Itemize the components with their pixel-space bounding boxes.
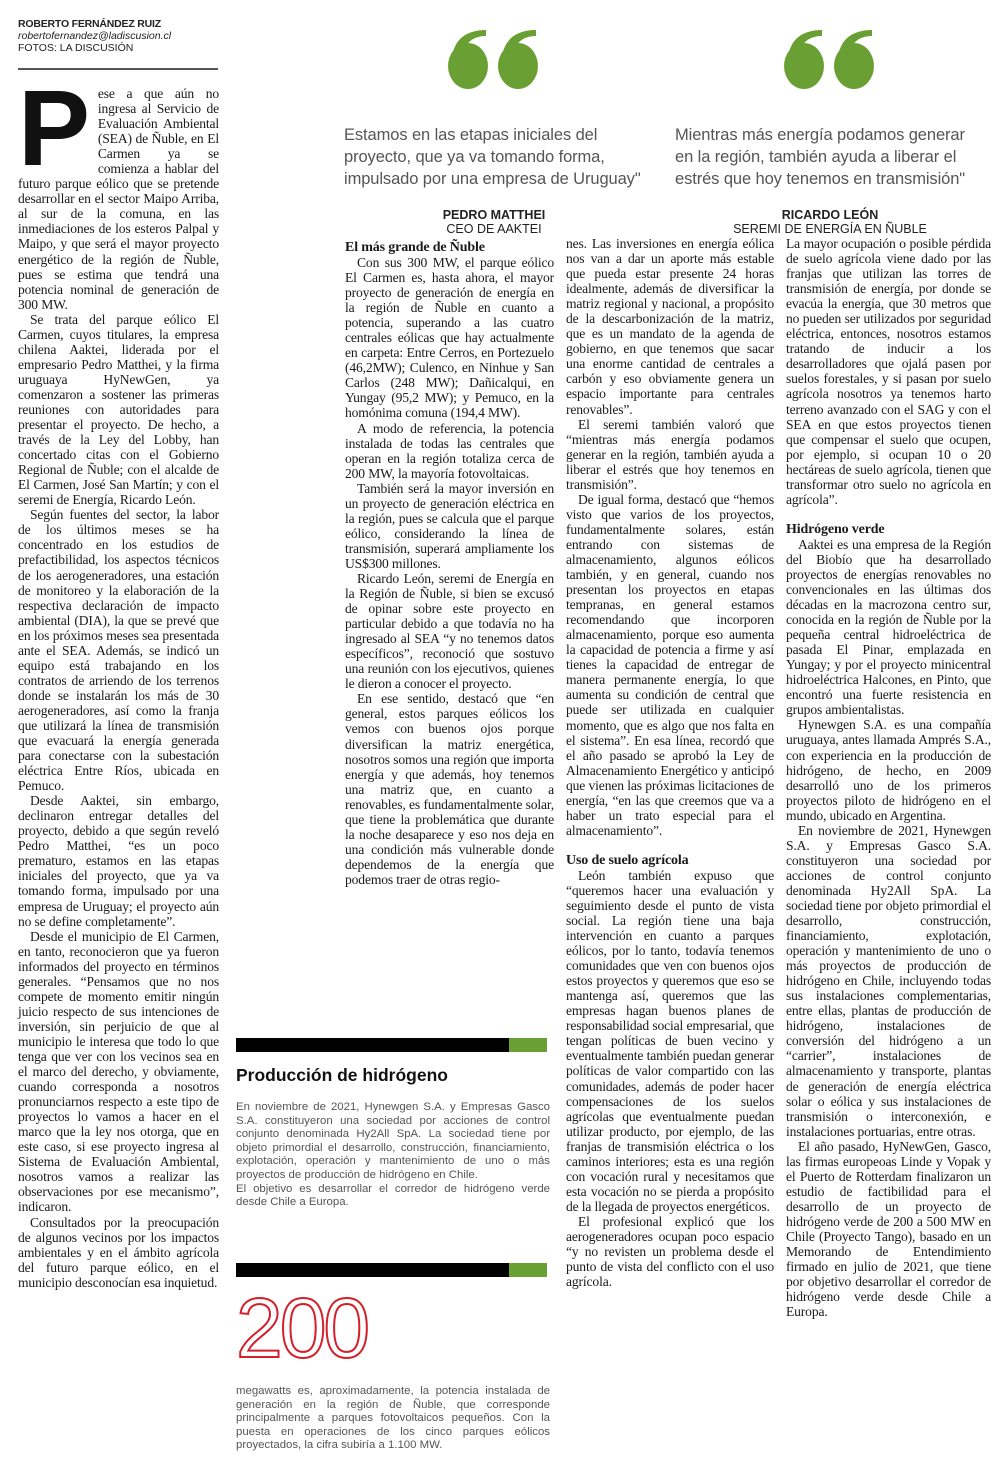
body-paragraph: Según fuentes del sector, la labor de lo… (18, 507, 219, 793)
section-bar (236, 1263, 547, 1277)
body-paragraph: Desde el municipio de El Carmen, en tant… (18, 929, 219, 1215)
body-paragraph: De igual forma, destacó que “hemos visto… (566, 492, 774, 838)
drop-cap: P (18, 88, 90, 164)
body-paragraph: Consultados por la preocupación de algun… (18, 1215, 219, 1290)
body-paragraph: nes. Las inversiones en energía eólica n… (566, 236, 774, 417)
body-paragraph: A modo de referencia, la potencia instal… (345, 421, 554, 481)
stat-number: 200 (236, 1286, 367, 1370)
byline: ROBERTO FERNÁNDEZ RUIZ robertofernandez@… (18, 18, 218, 54)
quote-attribution-name: RICARDO LEÓN (675, 208, 985, 222)
article-column-2: El más grande de Ñuble Con sus 300 MW, e… (345, 238, 554, 887)
article-column-1: Pese a que aún no ingresa al Servicio de… (18, 86, 219, 1290)
article-column-4: La mayor ocupación o posible pérdida de … (786, 236, 991, 1319)
body-paragraph: Hynewgen S.A. es una compañía uruguaya, … (786, 717, 991, 822)
stat-description: megawatts es, aproximadamente, la potenc… (236, 1385, 550, 1453)
quote-text: Mientras más energía podamos generar en … (675, 124, 985, 190)
body-paragraph: Aaktei es una empresa de la Región del B… (786, 537, 991, 718)
pull-quote-leon: Mientras más energía podamos generar en … (675, 28, 985, 236)
body-paragraph: En noviembre de 2021, Hynewgen S.A. y Em… (786, 823, 991, 1139)
sidebar-body: En noviembre de 2021, Hynewgen S.A. y Em… (236, 1101, 550, 1210)
bar-accent (509, 1263, 547, 1277)
body-paragraph: La mayor ocupación o posible pérdida de … (786, 236, 991, 507)
pull-quote-matthei: Estamos en las etapas iniciales del proy… (344, 28, 644, 236)
subheading: Hidrógeno verde (786, 522, 991, 537)
quote-text: Estamos en las etapas iniciales del proy… (344, 124, 644, 190)
body-paragraph: León también expuso que “queremos hacer … (566, 868, 774, 1214)
body-paragraph: El año pasado, HyNewGen, Gasco, las firm… (786, 1139, 991, 1320)
subheading: Uso de suelo agrícola (566, 853, 774, 868)
body-paragraph: El seremi también valoró que “mientras m… (566, 417, 774, 492)
body-paragraph: Con sus 300 MW, el parque eólico El Carm… (345, 255, 554, 421)
quote-attribution-name: PEDRO MATTHEI (344, 208, 644, 222)
quote-attribution-role: CEO DE AAKTEI (344, 222, 644, 236)
sidebar-title: Producción de hidrógeno (236, 1065, 448, 1086)
sidebar-paragraph: En noviembre de 2021, Hynewgen S.A. y Em… (236, 1101, 550, 1183)
quote-marks-icon (344, 28, 644, 88)
author-name: ROBERTO FERNÁNDEZ RUIZ (18, 18, 218, 30)
article-column-3: nes. Las inversiones en energía eólica n… (566, 236, 774, 1289)
body-paragraph: También será la mayor inversión en un pr… (345, 481, 554, 571)
subheading: El más grande de Ñuble (345, 240, 554, 255)
lead-paragraph: Pese a que aún no ingresa al Servicio de… (18, 86, 219, 312)
author-email[interactable]: robertofernandez@ladiscusion.cl (18, 30, 218, 42)
body-paragraph: Desde Aaktei, sin embargo, declinaron en… (18, 793, 219, 928)
body-paragraph: En ese sentido, destacó que “en general,… (345, 691, 554, 887)
quote-marks-icon (675, 28, 985, 88)
body-paragraph: Ricardo León, seremi de Energía en la Re… (345, 571, 554, 691)
section-bar (236, 1038, 547, 1052)
photo-credit: FOTOS: LA DISCUSIÓN (18, 42, 218, 54)
quote-attribution-role: SEREMI DE ENERGÍA EN ÑUBLE (675, 222, 985, 236)
bar-accent (509, 1038, 547, 1052)
sidebar-paragraph: El objetivo es desarrollar el corredor d… (236, 1183, 550, 1210)
body-paragraph: Se trata del parque eólico El Carmen, cu… (18, 312, 219, 508)
body-paragraph: El profesional explicó que los aerogener… (566, 1214, 774, 1289)
